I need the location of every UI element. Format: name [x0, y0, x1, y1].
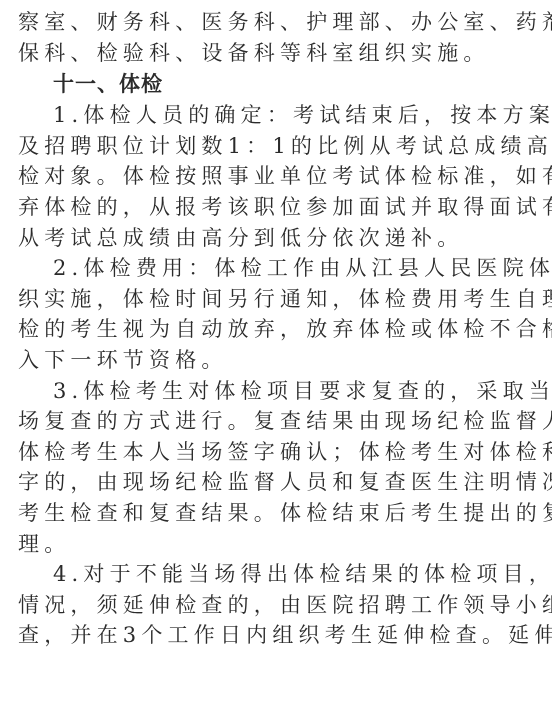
body-line: 保科、检验科、设备科等科室组织实施。	[18, 38, 496, 69]
body-line: 及招聘职位计划数1：1的比例从考试总成绩高分到低分确定体	[18, 131, 496, 162]
body-line: 字的，由现场纪检监督人员和复查医生注明情况，视为认可体检	[18, 467, 496, 498]
body-line: 考生检查和复查结果。体检结束后考生提出的复查申请不予受	[18, 498, 496, 529]
body-line: 检的考生视为自动放弃，放弃体检或体检不合格的考生，取消进	[18, 314, 496, 345]
paragraph-start-line: 3.体检考生对体检项目要求复查的，采取当场提出申请、当	[18, 376, 496, 407]
body-line: 体检考生本人当场签字确认；体检考生对体检和复查结果拒绝签	[18, 437, 496, 468]
document-page: 察室、财务科、医务科、护理部、办公室、药剂科、总务科、安 保科、检验科、设备科等…	[18, 7, 496, 651]
section-heading: 十一、体检	[18, 68, 496, 100]
body-line: 弃体检的，从报考该职位参加面试并取得面试有效成绩的考生中	[18, 192, 496, 223]
body-line: 察室、财务科、医务科、护理部、办公室、药剂科、总务科、安	[18, 7, 496, 38]
paragraph-start-line: 1.体检人员的确定：考试结束后，按本方案规定程序和条件	[18, 100, 496, 131]
body-line: 情况，须延伸检查的，由医院招聘工作领导小组确定是否延伸检	[18, 590, 496, 621]
paragraph-start-line: 4.对于不能当场得出体检结果的体检项目，如出现体检异常	[18, 559, 496, 590]
body-line: 入下一环节资格。	[18, 345, 496, 376]
body-line: 查，并在3个工作日内组织考生延伸检查。延伸检查只进行一次。	[18, 620, 496, 651]
body-line: 从考试总成绩由高分到低分依次递补。	[18, 223, 496, 254]
body-line: 理。	[18, 529, 496, 560]
body-line: 检对象。体检按照事业单位考试体检标准，如有体检不合格或放	[18, 161, 496, 192]
body-line: 场复查的方式进行。复查结果由现场纪检监督人员、体检医生和	[18, 406, 496, 437]
paragraph-start-line: 2.体检费用：体检工作由从江县人民医院体检科负责具体组	[18, 253, 496, 284]
body-line: 织实施，体检时间另行通知，体检费用考生自理，不按时参加体	[18, 284, 496, 315]
